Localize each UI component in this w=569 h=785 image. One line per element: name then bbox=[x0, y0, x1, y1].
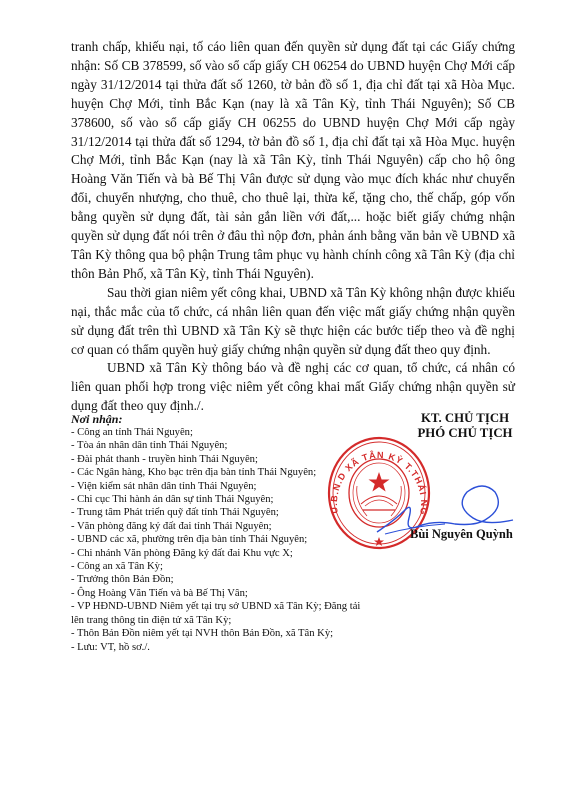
recipients-list: Nơi nhận: - Công an tỉnh Thái Nguyên; - … bbox=[71, 412, 371, 654]
recipient-item: - Công an tỉnh Thái Nguyên; bbox=[71, 426, 371, 439]
document-body: tranh chấp, khiếu nại, tố cáo liên quan … bbox=[71, 38, 515, 416]
recipient-item: - Viện kiểm sát nhân dân tỉnh Thái Nguyê… bbox=[71, 480, 371, 493]
recipient-item: - Tòa án nhân dân tỉnh Thái Nguyên; bbox=[71, 439, 371, 452]
paragraph-2: Sau thời gian niêm yết công khai, UBND x… bbox=[71, 284, 515, 360]
recipient-item: - Trung tâm Phát triển quỹ đất tỉnh Thái… bbox=[71, 506, 371, 519]
recipient-item: - Lưu: VT, hồ sơ./. bbox=[71, 641, 371, 654]
signature-title-line1: KT. CHỦ TỊCH bbox=[395, 411, 535, 426]
recipient-item: - Đài phát thanh - truyền hình Thái Nguy… bbox=[71, 453, 371, 466]
recipient-item: - Trưởng thôn Bản Đồn; bbox=[71, 573, 371, 586]
paragraph-3: UBND xã Tân Kỳ thông báo và đề nghị các … bbox=[71, 359, 515, 416]
recipient-item: - Chi nhánh Văn phòng Đăng ký đất đai Kh… bbox=[71, 547, 371, 560]
recipient-item: - Công an xã Tân Kỳ; bbox=[71, 560, 371, 573]
signer-name: Bùi Nguyên Quỳnh bbox=[410, 527, 513, 542]
recipient-item: - Thôn Bản Đồn niêm yết tại NVH thôn Bản… bbox=[71, 627, 371, 640]
recipient-item: - Ông Hoàng Văn Tiến và bà Bế Thị Vân; bbox=[71, 587, 371, 600]
recipient-item: - UBND các xã, phường trên địa bàn tỉnh … bbox=[71, 533, 371, 546]
recipients-title: Nơi nhận: bbox=[71, 412, 371, 426]
recipient-item: - VP HĐND-UBND Niêm yết tại trụ sở UBND … bbox=[71, 600, 371, 627]
recipient-item: - Các Ngân hàng, Kho bạc trên địa bàn tỉ… bbox=[71, 466, 371, 479]
recipient-item: - Chi cục Thi hành án dân sự tỉnh Thái N… bbox=[71, 493, 371, 506]
recipient-item: - Văn phòng đăng ký đất đai tỉnh Thái Ng… bbox=[71, 520, 371, 533]
paragraph-1: tranh chấp, khiếu nại, tố cáo liên quan … bbox=[71, 38, 515, 284]
